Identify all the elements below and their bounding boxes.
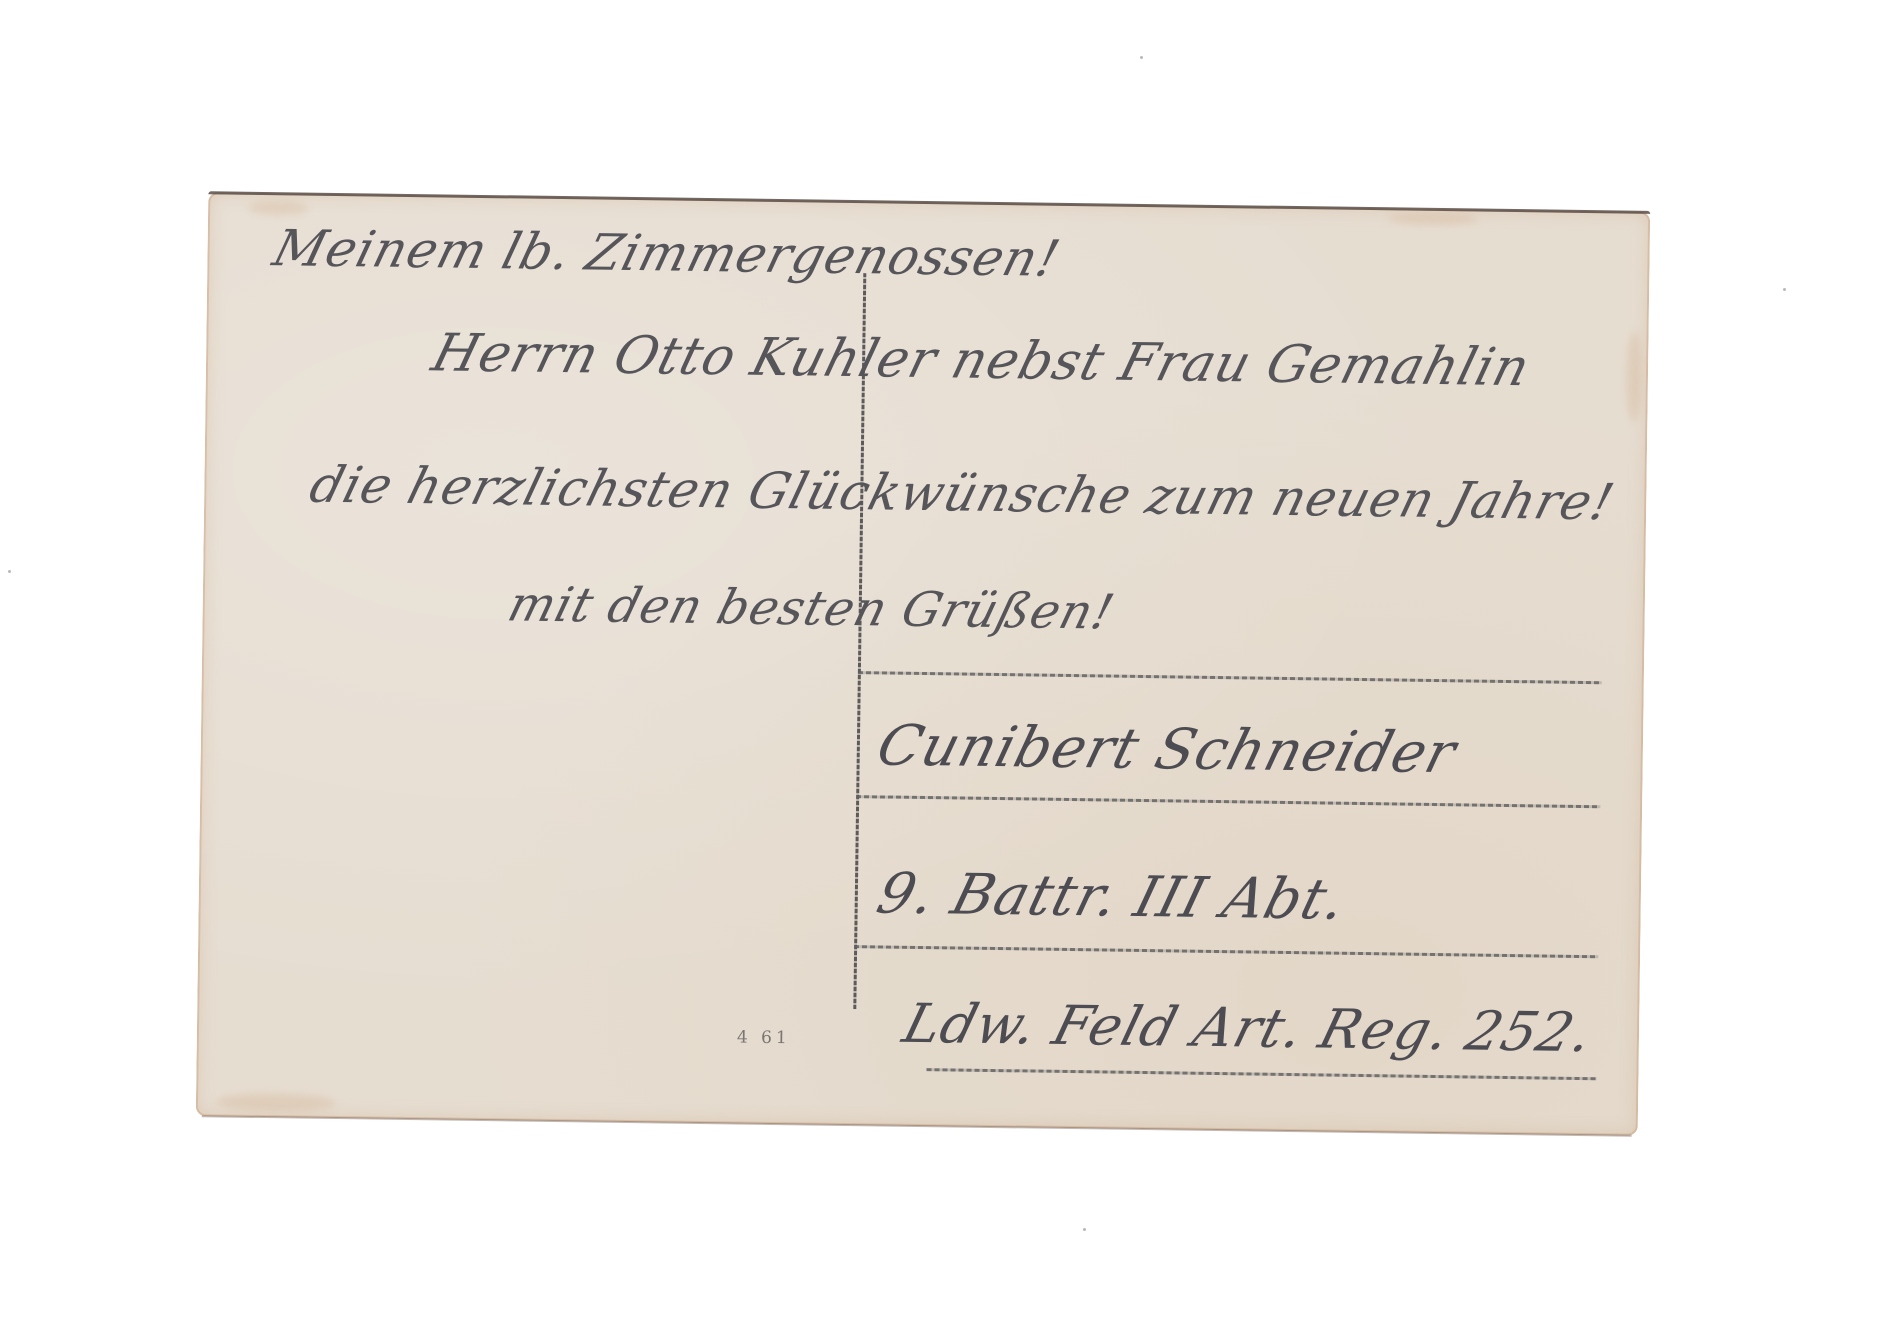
recipient-text: Herrn Otto Kuhler nebst Frau Gemahlin xyxy=(426,323,1537,398)
salutation-text: Meinem lb. Zimmergenossen! xyxy=(267,219,1066,287)
scan-speck xyxy=(1783,288,1786,291)
address-line-3 xyxy=(854,945,1598,958)
sender-regiment: Ldw. Feld Art. Reg. 252. xyxy=(897,992,1600,1064)
regards-text: mit den besten Grüßen! xyxy=(502,576,1120,640)
age-stain xyxy=(248,201,308,216)
age-stain xyxy=(1388,212,1478,225)
age-stain xyxy=(1625,332,1642,422)
address-line-2 xyxy=(856,795,1600,808)
address-line-1 xyxy=(858,671,1602,684)
address-line-4 xyxy=(926,1068,1596,1080)
scan-speck xyxy=(1083,1228,1086,1231)
sender-signature: Cunibert Schneider xyxy=(870,714,1463,787)
scan-speck xyxy=(1140,56,1143,59)
sender-unit: 9. Battr. III Abt. xyxy=(870,862,1353,933)
postcard: Meinem lb. Zimmergenossen! Herrn Otto Ku… xyxy=(196,192,1650,1136)
printer-mark: 4 61 xyxy=(737,1028,791,1049)
scan-speck xyxy=(8,570,11,573)
age-stain xyxy=(216,1092,336,1112)
new-year-wishes-text: die herzlichsten Glückwünsche zum neuen … xyxy=(304,456,1620,532)
